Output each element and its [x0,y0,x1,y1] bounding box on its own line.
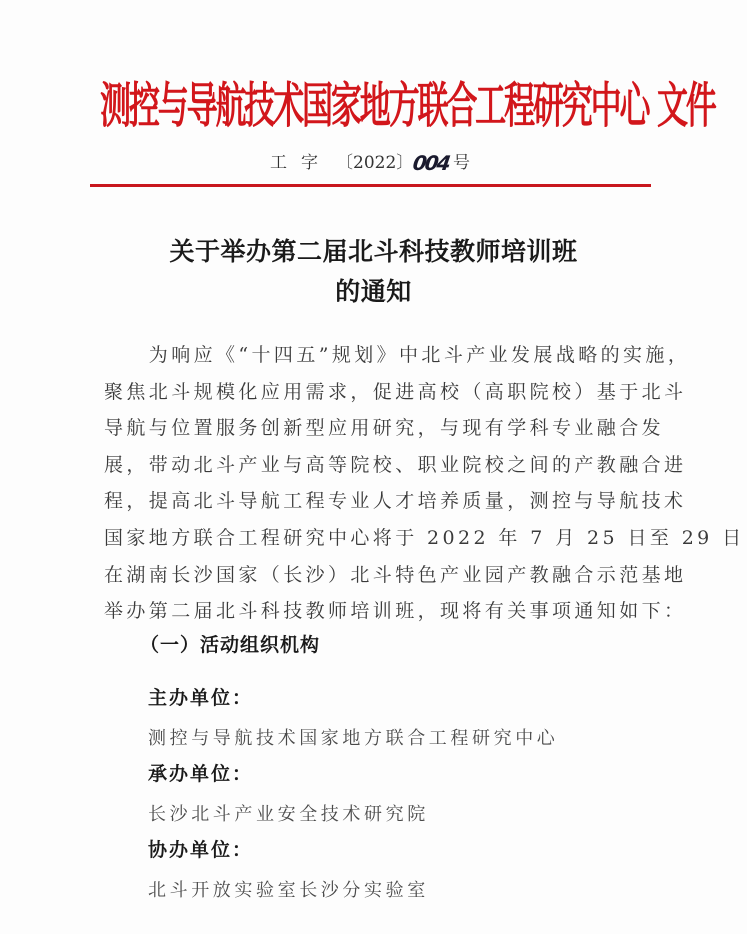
body-line: 为响应《“十四五”规划》中北斗产业发展战略的实施， [104,337,644,374]
body-line: 在湖南长沙国家（长沙）北斗特色产业园产教融合示范基地 [104,557,644,594]
undertaker-label: 承办单位： [148,759,253,786]
co-organizer-value: 北斗开放实验室长沙分实验室 [148,876,429,902]
body-line: 国家地方联合工程研究中心将于 2022 年 7 月 25 日至 29 日 [104,520,644,557]
doc-number-handwritten: 004 [411,150,450,176]
body-paragraph: 为响应《“十四五”规划》中北斗产业发展战略的实施， 聚焦北斗规模化应用需求，促进… [104,337,644,630]
body-line: 聚焦北斗规模化应用需求，促进高校（高职院校）基于北斗 [104,374,644,411]
doc-number-prefix: 工字 [270,150,332,176]
body-line: 程，提高北斗导航工程专业人才培养质量，测控与导航技术 [104,483,644,520]
section-heading: （一）活动组织机构 [140,630,320,657]
issuer-header: 测控与导航技术国家地方联合工程研究中心 文件 [100,67,640,145]
organizer-value: 测控与导航技术国家地方联合工程研究中心 [148,724,558,750]
body-line: 导航与位置服务创新型应用研究，与现有学科专业融合发 [104,410,644,447]
doc-number-suffix: 号 [453,150,470,176]
notice-title-line-2: 的通知 [0,272,747,308]
document-page: 测控与导航技术国家地方联合工程研究中心 文件 工字 〔2022〕 004 号 关… [0,0,747,934]
notice-title-line-1: 关于举办第二届北斗科技教师培训班 [0,232,747,268]
undertaker-value: 长沙北斗产业安全技术研究院 [148,800,429,826]
document-number: 工字 〔2022〕 004 号 [270,150,470,176]
body-line: 举办第二届北斗科技教师培训班，现将有关事项通知如下： [104,593,644,630]
co-organizer-label: 协办单位： [148,835,253,862]
doc-number-year: 〔2022〕 [336,150,413,176]
red-divider-rule [90,184,651,187]
organizer-label: 主办单位： [148,683,253,710]
body-line: 展，带动北斗产业与高等院校、职业院校之间的产教融合进 [104,447,644,484]
